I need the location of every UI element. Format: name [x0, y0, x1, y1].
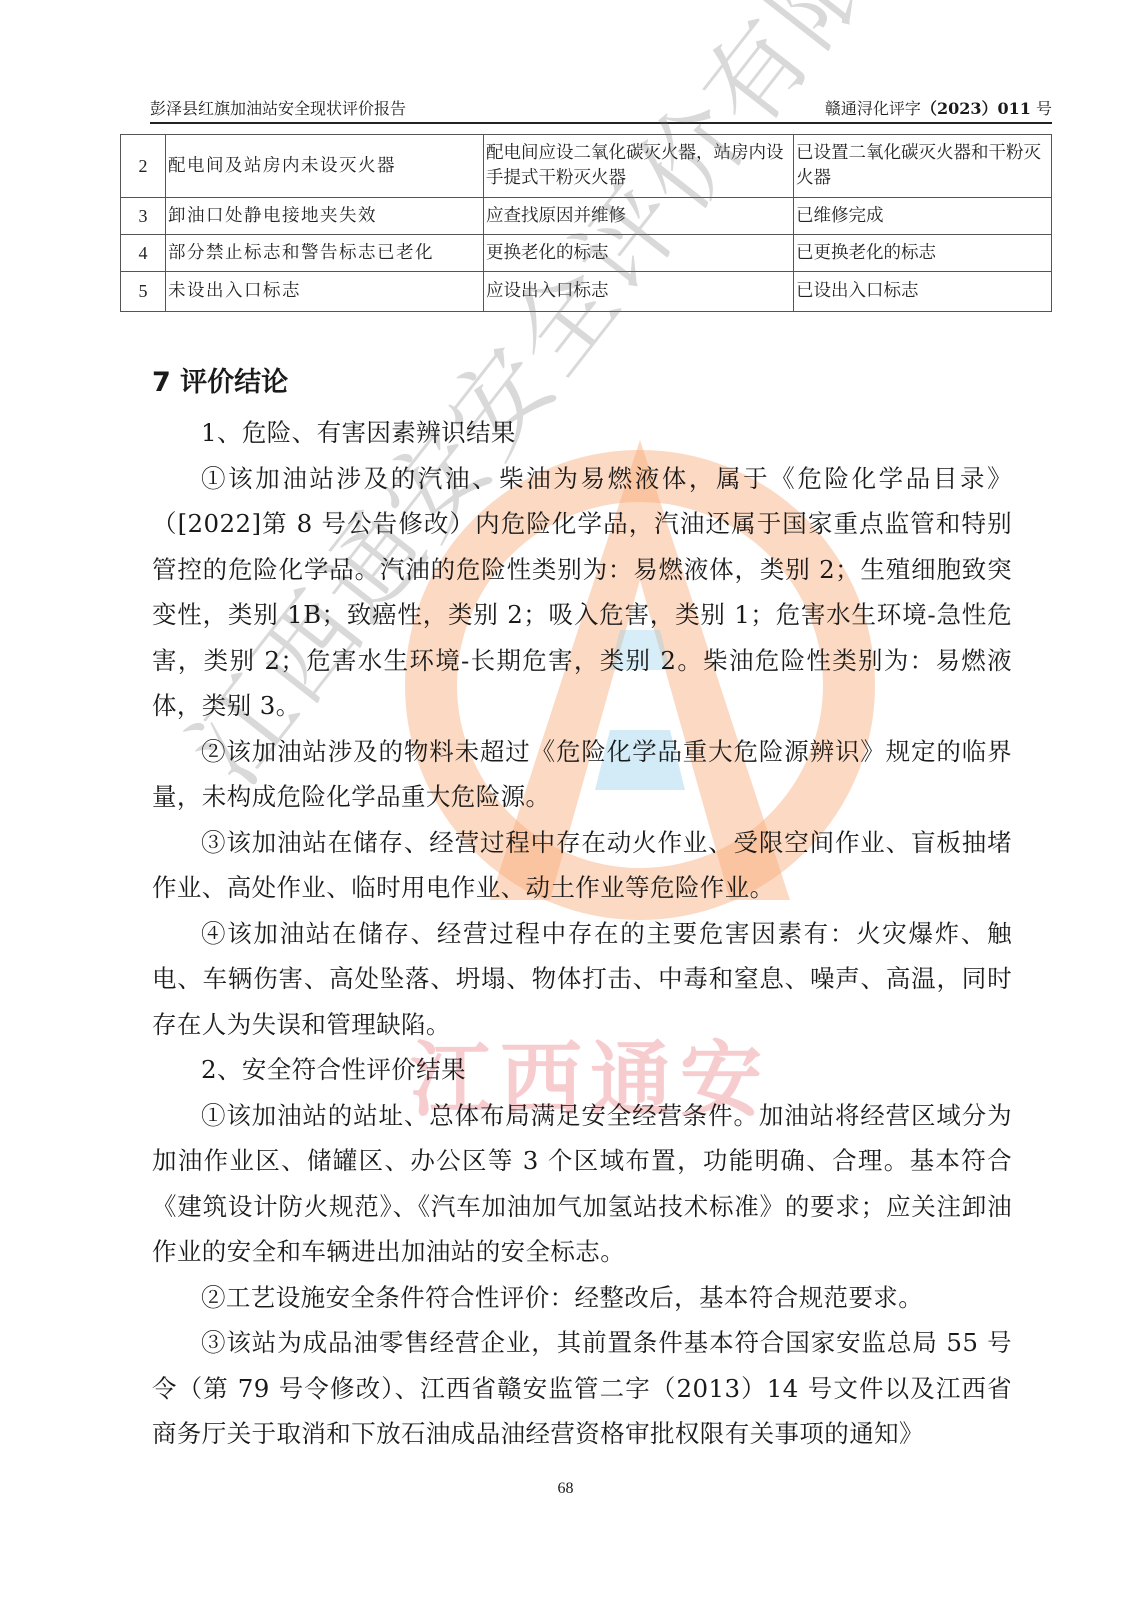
- status-cell: 已设置二氧化碳灭火器和干粉灭火器: [794, 135, 1052, 198]
- doc-number-prefix: 赣通浔化评字: [825, 99, 921, 118]
- table-row: 5 未设出入口标志 应设出入口标志 已设出入口标志: [121, 272, 1052, 312]
- table-row: 3 卸油口处静电接地夹失效 应查找原因并维修 已维修完成: [121, 198, 1052, 235]
- requirement-cell: 更换老化的标志: [484, 235, 794, 272]
- status-cell: 已维修完成: [794, 198, 1052, 235]
- section-content: 7 评价结论 1、危险、有害因素辨识结果 ①该加油站涉及的汽油、柴油为易燃液体，…: [152, 360, 1012, 1457]
- row-number: 4: [121, 235, 166, 272]
- requirement-cell: 应查找原因并维修: [484, 198, 794, 235]
- issue-cell: 部分禁止标志和警告标志已老化: [166, 235, 484, 272]
- table-row: 2 配电间及站房内未设灭火器 配电间应设二氧化碳灭火器，站房内设手提式干粉灭火器…: [121, 135, 1052, 198]
- doc-number-year: （2023）: [921, 99, 998, 118]
- status-cell: 已更换老化的标志: [794, 235, 1052, 272]
- section-title: 7 评价结论: [152, 360, 1012, 406]
- row-number: 5: [121, 272, 166, 312]
- issue-cell: 配电间及站房内未设灭火器: [166, 135, 484, 198]
- paragraph: ②工艺设施安全条件符合性评价：经整改后，基本符合规范要求。: [152, 1275, 1012, 1321]
- report-title: 彭泽县红旗加油站安全现状评价报告: [150, 96, 406, 122]
- page-number: 68: [0, 1480, 1131, 1498]
- paragraph: ①该加油站涉及的汽油、柴油为易燃液体，属于《危险化学品目录》（[2022]第 8…: [152, 456, 1012, 729]
- paragraph: ④该加油站在储存、经营过程中存在的主要危害因素有：火灾爆炸、触电、车辆伤害、高处…: [152, 911, 1012, 1048]
- requirement-cell: 配电间应设二氧化碳灭火器，站房内设手提式干粉灭火器: [484, 135, 794, 198]
- paragraph: ③该加油站在储存、经营过程中存在动火作业、受限空间作业、盲板抽堵作业、高处作业、…: [152, 820, 1012, 911]
- issue-cell: 未设出入口标志: [166, 272, 484, 312]
- paragraph: ②该加油站涉及的物料未超过《危险化学品重大危险源辨识》规定的临界量，未构成危险化…: [152, 729, 1012, 820]
- page-header: 彭泽县红旗加油站安全现状评价报告 赣通浔化评字（2023）011 号: [150, 96, 1052, 124]
- doc-number-unit: 号: [1036, 99, 1052, 118]
- row-number: 3: [121, 198, 166, 235]
- row-number: 2: [121, 135, 166, 198]
- paragraph: ①该加油站的站址、总体布局满足安全经营条件。加油站将经营区域分为加油作业区、储罐…: [152, 1093, 1012, 1275]
- subsection-title: 1、危险、有害因素辨识结果: [152, 410, 1012, 456]
- doc-number-suffix: 011: [997, 99, 1030, 118]
- rectification-table: 2 配电间及站房内未设灭火器 配电间应设二氧化碳灭火器，站房内设手提式干粉灭火器…: [120, 134, 1052, 312]
- paragraph: ③该站为成品油零售经营企业，其前置条件基本符合国家安监总局 55 号令（第 79…: [152, 1320, 1012, 1457]
- requirement-cell: 应设出入口标志: [484, 272, 794, 312]
- table-row: 4 部分禁止标志和警告标志已老化 更换老化的标志 已更换老化的标志: [121, 235, 1052, 272]
- status-cell: 已设出入口标志: [794, 272, 1052, 312]
- issue-cell: 卸油口处静电接地夹失效: [166, 198, 484, 235]
- document-number: 赣通浔化评字（2023）011 号: [825, 96, 1052, 122]
- subsection-title: 2、安全符合性评价结果: [152, 1047, 1012, 1093]
